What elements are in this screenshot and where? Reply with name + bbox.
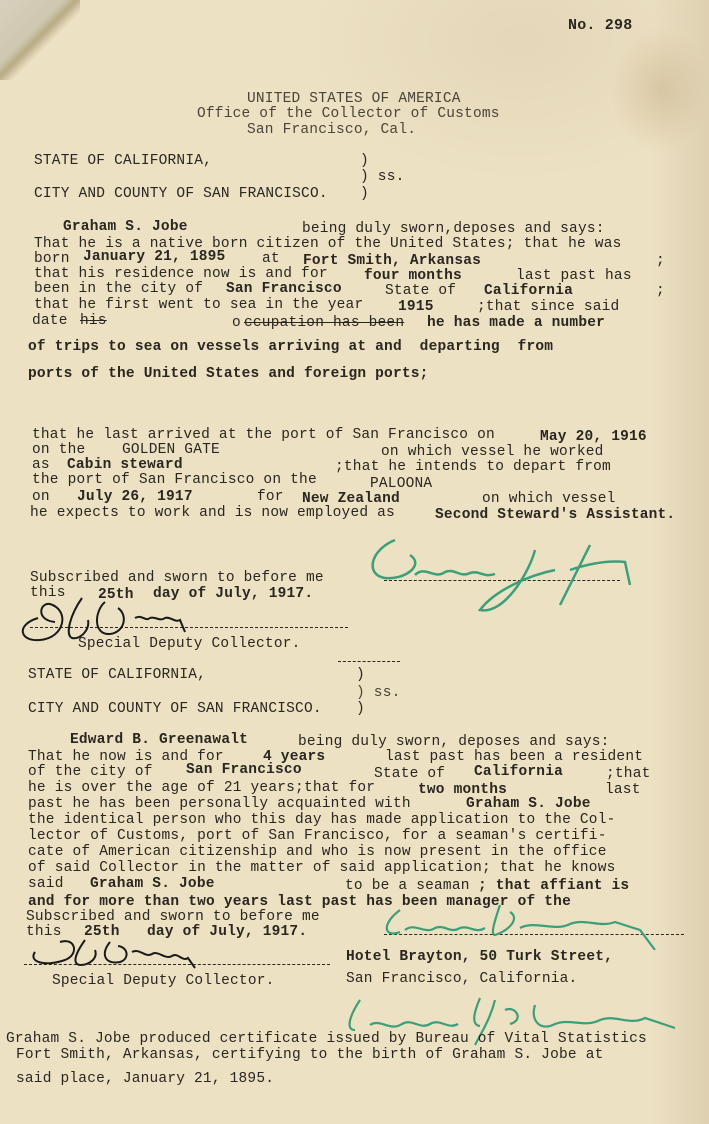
- officer-signature-line: [24, 964, 330, 965]
- depart-vessel: PALOONA: [370, 477, 432, 492]
- text: on: [32, 490, 50, 505]
- text: born: [34, 252, 70, 267]
- header-city: San Francisco, Cal.: [247, 123, 416, 138]
- text: State of: [385, 284, 456, 299]
- text: on the: [32, 443, 85, 458]
- text: ;: [656, 254, 665, 269]
- venue2-paren: ): [356, 668, 365, 683]
- footer-note-line2: Fort Smith, Arkansas, certifying to the …: [16, 1048, 604, 1063]
- birth-date: January 21, 1895: [83, 250, 225, 265]
- footer-note-line1: Graham S. Jobe produced certificate issu…: [6, 1032, 647, 1047]
- text: ;: [656, 284, 665, 299]
- text: ;that he intends to depart from: [335, 460, 611, 475]
- text: of the city of: [28, 765, 153, 780]
- text: the port of San Francisco on the: [32, 473, 317, 488]
- witness-name: Edward B. Greenawalt: [70, 733, 248, 748]
- text: for: [257, 490, 284, 505]
- header-country: UNITED STATES OF AMERICA: [247, 92, 461, 107]
- venue1-city: CITY AND COUNTY OF SAN FRANCISCO.: [34, 187, 328, 202]
- affiant-signature-upper: [370, 890, 670, 950]
- depart-date: July 26, 1917: [77, 490, 193, 505]
- text: lector of Customs, port of San Francisco…: [28, 829, 607, 844]
- header-office: Office of the Collector of Customs: [197, 107, 500, 122]
- officer-signature: [10, 590, 280, 645]
- applicant-name: Graham S. Jobe: [90, 877, 215, 892]
- text: that he first went to sea in the year: [34, 298, 363, 313]
- struck-text: ccupation has been: [244, 316, 404, 331]
- affiant-name: Graham S. Jobe: [63, 220, 188, 235]
- text: date: [32, 314, 68, 329]
- venue1-ss: ) ss.: [360, 170, 405, 185]
- employed-as: Second Steward's Assistant.: [435, 508, 675, 523]
- text: of said Collector in the matter of said …: [28, 861, 616, 876]
- first-sea-year: 1915: [398, 300, 434, 315]
- residence-state: California: [484, 284, 573, 299]
- text: past he has been personally acquainted w…: [28, 797, 411, 812]
- footer-note-line3: said place, January 21, 1895.: [16, 1072, 274, 1087]
- text: at: [262, 252, 280, 267]
- text: last: [605, 783, 641, 798]
- venue2-paren: ): [356, 702, 365, 717]
- text: being duly sworn, deposes and says:: [298, 735, 610, 750]
- arrival-role: Cabin steward: [67, 458, 183, 473]
- text: that he last arrived at the port of San …: [32, 428, 495, 443]
- text: being duly sworn,deposes and says:: [302, 222, 605, 237]
- text: as: [32, 458, 50, 473]
- birth-place: Fort Smith, Arkansas: [303, 254, 481, 269]
- residence-state: California: [474, 765, 563, 780]
- text: he has made a number: [427, 316, 605, 331]
- venue2-ss: ) ss.: [356, 686, 401, 701]
- text: that his residence now is and for: [34, 267, 328, 282]
- arrival-date: May 20, 1916: [540, 430, 647, 445]
- affiant-address-line1: Hotel Brayton, 50 Turk Street,: [346, 950, 613, 965]
- residence-city: San Francisco: [226, 282, 342, 297]
- text: Subscribed and sworn to before me: [26, 910, 320, 925]
- text: he expects to work and is now employed a…: [30, 506, 395, 521]
- residence-duration: four months: [364, 269, 462, 284]
- text: ports of the United States and foreign p…: [28, 367, 429, 382]
- text: last past has been a resident: [385, 750, 643, 765]
- affiant-address-line2: San Francisco, California.: [346, 972, 577, 987]
- text: ;that: [606, 767, 651, 782]
- text: o: [232, 316, 241, 331]
- divider: [338, 661, 400, 662]
- text: State of: [374, 767, 445, 782]
- venue2-state: STATE OF CALIFORNIA,: [28, 668, 206, 683]
- text: been in the city of: [34, 282, 203, 297]
- text: on which vessel he worked: [381, 445, 604, 460]
- text: the identical person who this day has ma…: [28, 813, 616, 828]
- text: of trips to sea on vessels arriving at a…: [28, 340, 553, 355]
- applicant-name: Graham S. Jobe: [466, 797, 591, 812]
- venue2-city: CITY AND COUNTY OF SAN FRANCISCO.: [28, 702, 322, 717]
- struck-text: his: [80, 314, 107, 329]
- text: ;that since said: [477, 300, 619, 315]
- officer-signature: [20, 932, 260, 972]
- affiant-signature: [355, 530, 655, 620]
- arrival-vessel: GOLDEN GATE: [122, 443, 220, 458]
- text: he is over the age of 21 years;that for: [28, 781, 375, 796]
- text: said: [28, 877, 64, 892]
- venue1-state: STATE OF CALIFORNIA,: [34, 154, 212, 169]
- text: Subscribed and sworn to before me: [30, 571, 324, 586]
- officer-title: Special Deputy Collector.: [52, 974, 275, 989]
- venue1-paren: ): [360, 154, 369, 169]
- document-number: No. 298: [568, 18, 632, 33]
- text: on which vessel: [482, 492, 616, 507]
- residence-city: San Francisco: [186, 763, 302, 778]
- text: last past has: [516, 269, 632, 284]
- folded-corner: [0, 0, 80, 80]
- venue1-paren: ): [360, 187, 369, 202]
- text: cate of American citizenship and who is …: [28, 845, 607, 860]
